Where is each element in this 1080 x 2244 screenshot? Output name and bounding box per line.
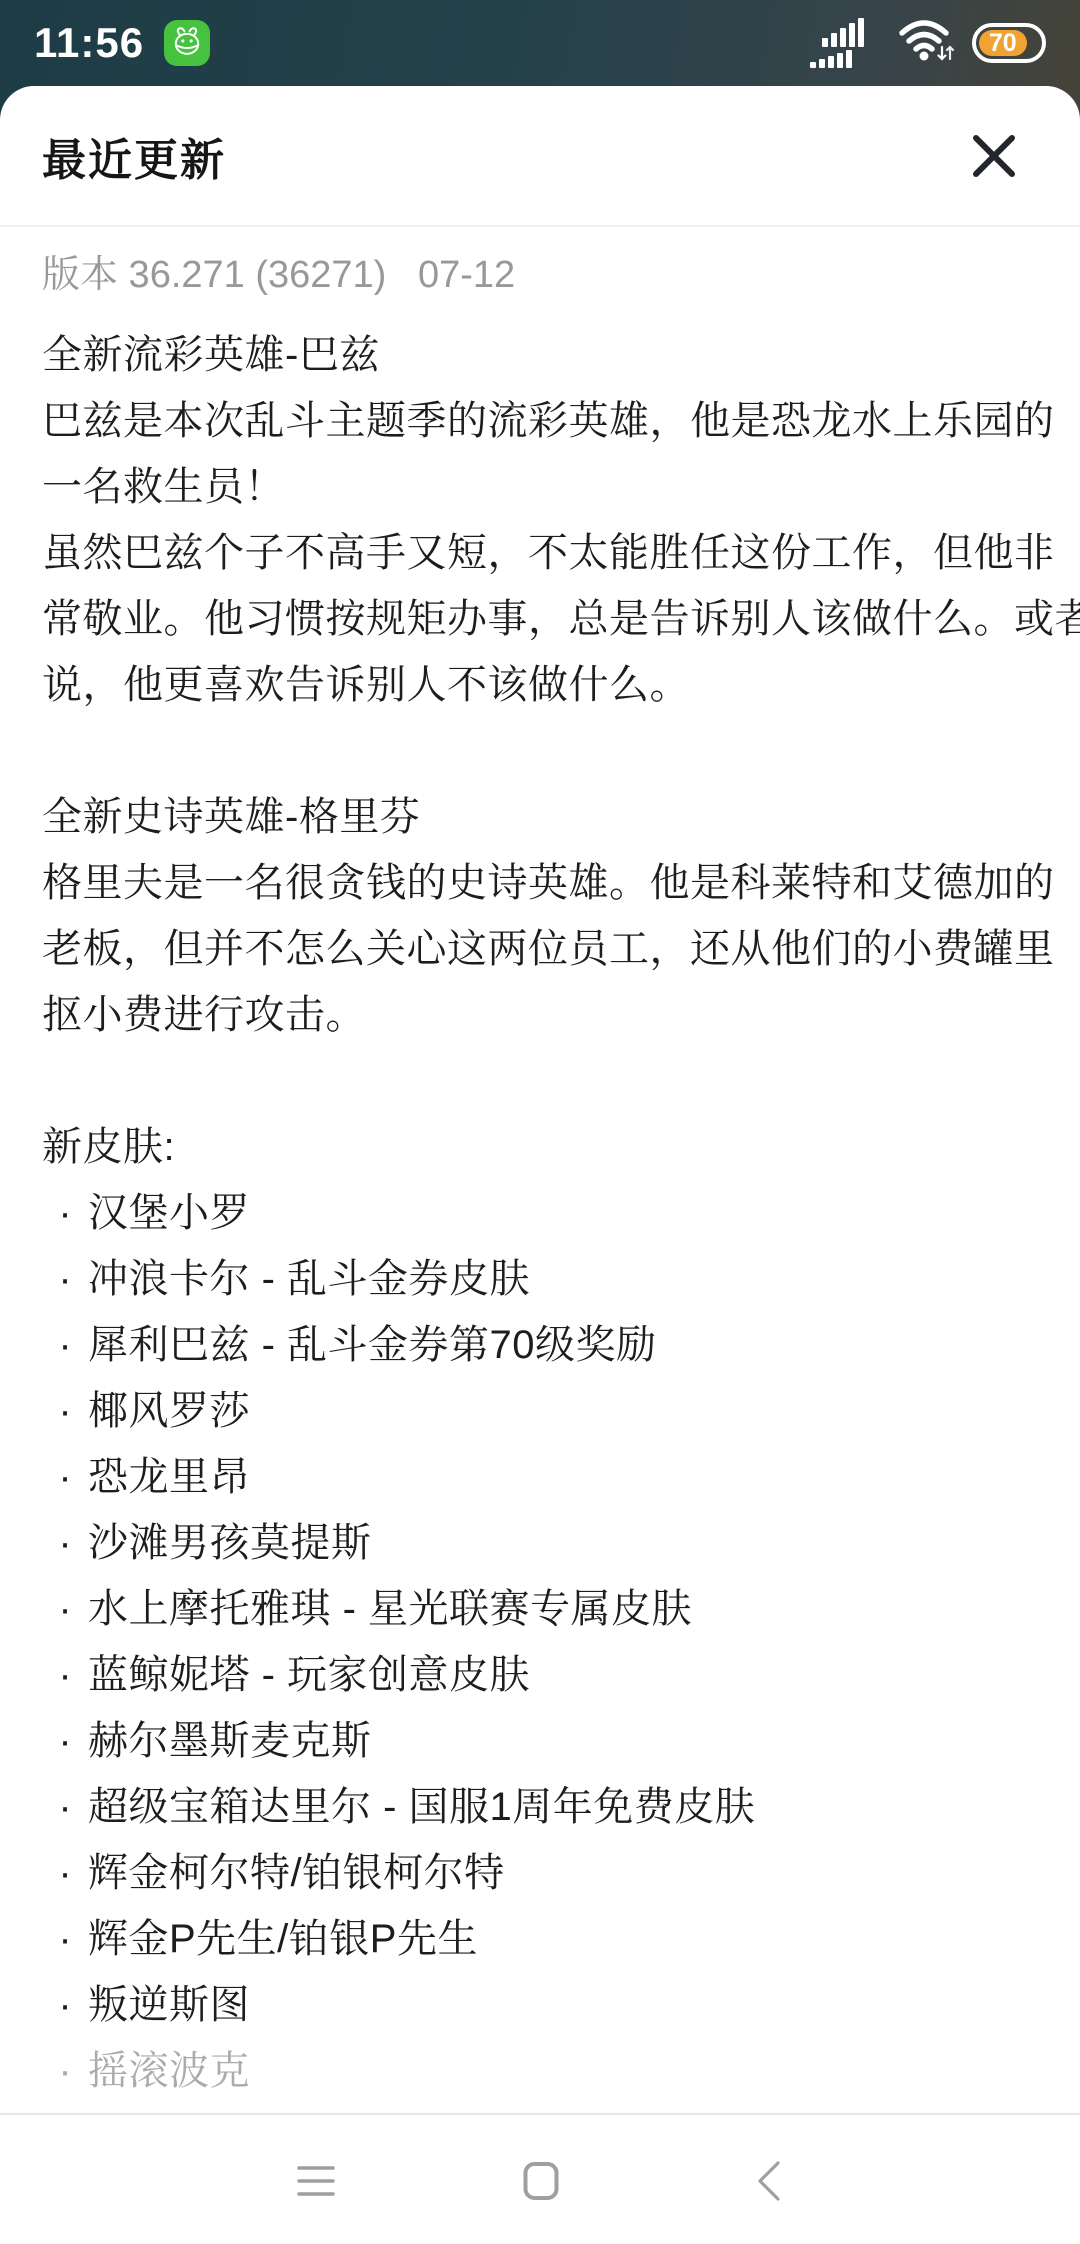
skin-list-item: ·椰风罗莎 [42, 1378, 1050, 1444]
bullet-icon: · [42, 1444, 88, 1510]
bullet-icon: · [42, 1642, 88, 1708]
bullet-icon: · [42, 1972, 88, 2038]
skin-list-item: ·辉金柯尔特/铂银柯尔特 [42, 1840, 1050, 1906]
text-line: 全新史诗英雄-格里芬 [42, 784, 1050, 850]
skin-name: 摇滚波克 [88, 2038, 250, 2104]
close-icon [971, 133, 1017, 179]
android-nav-bar [0, 2113, 1080, 2244]
bullet-icon: · [42, 1246, 88, 1312]
update-sections: 全新流彩英雄-巴兹巴兹是本次乱斗主题季的流彩英雄，他是恐龙水上乐园的一名救生员！… [42, 322, 1050, 1180]
bullet-icon: · [42, 1180, 88, 1246]
back-chevron-icon [754, 2159, 782, 2203]
sheet-header: 最近更新 [0, 86, 1080, 227]
bullet-icon: · [42, 1774, 88, 1840]
text-line: 格里夫是一名很贪钱的史诗英雄。他是科莱特和艾德加的 [42, 850, 1050, 916]
skin-name: 叛逆斯图 [88, 1972, 250, 2038]
skin-name: 汉堡小罗 [88, 1180, 250, 1246]
bullet-icon: · [42, 1708, 88, 1774]
home-button[interactable] [517, 2157, 565, 2205]
version-line: 版本 36.271 (36271) 07-12 [42, 242, 1050, 308]
recents-button[interactable] [292, 2157, 340, 2205]
update-notes-sheet: 最近更新 版本 36.271 (36271) 07-12 全新流彩英雄-巴兹巴兹… [0, 86, 1080, 2244]
skin-list-item: ·沙滩男孩莫提斯 [42, 1510, 1050, 1576]
skin-name: 椰风罗莎 [88, 1378, 250, 1444]
text-line: 虽然巴兹个子不高手又短，不太能胜任这份工作，但他非 [42, 520, 1050, 586]
green-face-icon [167, 23, 207, 63]
clock: 11:56 [34, 19, 144, 67]
update-notes-scroll[interactable]: 版本 36.271 (36271) 07-12 全新流彩英雄-巴兹巴兹是本次乱斗… [0, 228, 1080, 2113]
update-section: 全新史诗英雄-格里芬格里夫是一名很贪钱的史诗英雄。他是科莱特和艾德加的老板，但并… [42, 784, 1050, 1048]
skin-name: 沙滩男孩莫提斯 [88, 1510, 372, 1576]
skin-name: 冲浪卡尔 - 乱斗金券皮肤 [88, 1246, 530, 1312]
close-button[interactable] [966, 128, 1022, 184]
bullet-icon: · [42, 1510, 88, 1576]
status-bar: 11:56 [0, 0, 1080, 86]
skin-list-item: ·赫尔墨斯麦克斯 [42, 1708, 1050, 1774]
skin-list-item: ·超级宝箱达里尔 - 国服1周年免费皮肤 [42, 1774, 1050, 1840]
notification-app-icon [164, 20, 210, 66]
skin-list-item: ·蓝鲸妮塔 - 玩家创意皮肤 [42, 1642, 1050, 1708]
bullet-icon: · [42, 1312, 88, 1378]
skin-list-item: ·叛逆斯图 [42, 1972, 1050, 2038]
skin-list-item: ·辉金P先生/铂银P先生 [42, 1906, 1050, 1972]
skin-name: 恐龙里昂 [88, 1444, 250, 1510]
text-line: 全新流彩英雄-巴兹 [42, 322, 1050, 388]
skin-name: 超级宝箱达里尔 - 国服1周年免费皮肤 [88, 1774, 755, 1840]
skin-name: 赫尔墨斯麦克斯 [88, 1708, 372, 1774]
cell-signal-icon [810, 18, 880, 68]
bullet-icon: · [42, 1906, 88, 1972]
text-line: 巴兹是本次乱斗主题季的流彩英雄，他是恐龙水上乐园的 [42, 388, 1050, 454]
text-line: 老板，但并不怎么关心这两位员工，还从他们的小费罐里 [42, 916, 1050, 982]
battery-fill: 70 [979, 30, 1027, 56]
wifi-icon [898, 17, 954, 70]
back-button[interactable] [744, 2157, 792, 2205]
skin-name: 犀利巴兹 - 乱斗金券第70级奖励 [88, 1312, 657, 1378]
text-line: 常敬业。他习惯按规矩办事，总是告诉别人该做什么。或者 [42, 586, 1050, 652]
skin-name: 辉金P先生/铂银P先生 [88, 1906, 478, 1972]
update-section: 新皮肤: [42, 1114, 1050, 1180]
page-title: 最近更新 [42, 124, 226, 188]
skin-name: 水上摩托雅琪 - 星光联赛专属皮肤 [88, 1576, 692, 1642]
skin-list-item: ·恐龙里昂 [42, 1444, 1050, 1510]
skin-list-item: ·摇滚波克 [42, 2038, 1050, 2104]
rounded-square-icon [523, 2161, 559, 2201]
text-line: 说，他更喜欢告诉别人不该做什么。 [42, 652, 1050, 718]
bullet-icon: · [42, 1840, 88, 1906]
hamburger-icon [296, 2164, 336, 2198]
skin-list-item: ·水上摩托雅琪 - 星光联赛专属皮肤 [42, 1576, 1050, 1642]
update-section: 全新流彩英雄-巴兹巴兹是本次乱斗主题季的流彩英雄，他是恐龙水上乐园的一名救生员！… [42, 322, 1050, 718]
skin-list-item: ·犀利巴兹 - 乱斗金券第70级奖励 [42, 1312, 1050, 1378]
skin-list: ·汉堡小罗·冲浪卡尔 - 乱斗金券皮肤·犀利巴兹 - 乱斗金券第70级奖励·椰风… [42, 1180, 1050, 2104]
bullet-icon: · [42, 1378, 88, 1444]
skin-name: 蓝鲸妮塔 - 玩家创意皮肤 [88, 1642, 530, 1708]
bullet-icon: · [42, 1576, 88, 1642]
text-line: 抠小费进行攻击。 [42, 982, 1050, 1048]
skin-list-item: ·冲浪卡尔 - 乱斗金券皮肤 [42, 1246, 1050, 1312]
text-line: 新皮肤: [42, 1114, 1050, 1180]
text-line: 一名救生员！ [42, 454, 1050, 520]
battery-percent: 70 [989, 29, 1017, 58]
bullet-icon: · [42, 2038, 88, 2104]
battery-indicator: 70 [972, 23, 1046, 63]
skin-list-item: ·汉堡小罗 [42, 1180, 1050, 1246]
skin-name: 辉金柯尔特/铂银柯尔特 [88, 1840, 505, 1906]
